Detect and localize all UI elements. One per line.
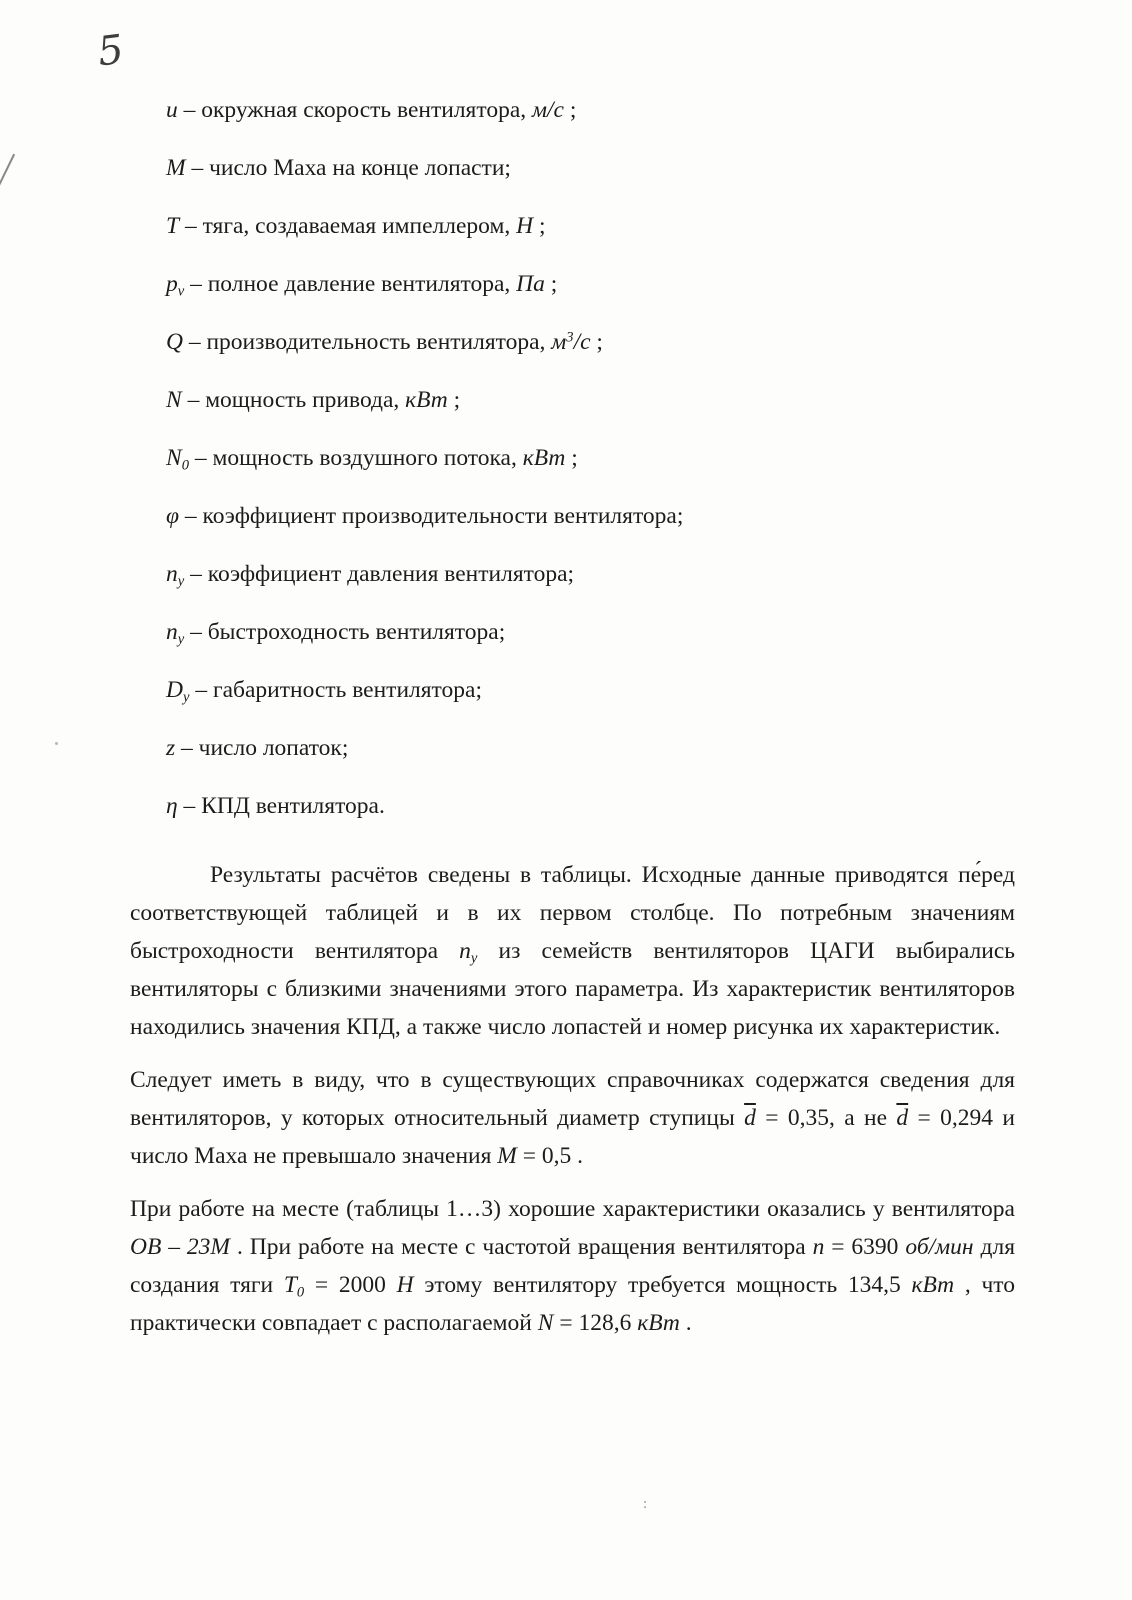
text-run: = 128,6: [553, 1310, 637, 1336]
math-symbol: и: [166, 97, 178, 123]
text-run: = 2000: [304, 1272, 396, 1298]
math-symbol: кВт: [405, 387, 448, 413]
text-run: – окружная скорость вентилятора,: [178, 97, 532, 123]
math-symbol: Н: [516, 213, 533, 239]
definition-item-6: N0 – мощность воздушного потока, кВт ;: [166, 444, 1035, 472]
subscript: 0: [182, 457, 189, 473]
scan-artifact-slash: [0, 154, 15, 193]
handwritten-page-number: 5: [95, 27, 126, 76]
text-run: – КПД вентилятора.: [178, 793, 385, 819]
math-symbol: d: [744, 1105, 756, 1131]
text-run: ;: [545, 271, 557, 297]
scan-artifact-colon: :: [643, 1496, 647, 1513]
math-symbol: nу: [166, 619, 184, 645]
definition-item-5: N – мощность привода, кВт ;: [166, 386, 1035, 414]
text-run: – коэффициент производительности вентиля…: [179, 503, 683, 529]
math-symbol: pv: [166, 271, 184, 297]
definition-item-10: Dу – габаритность вентилятора;: [166, 676, 1035, 704]
text-run: = 6390: [824, 1234, 905, 1260]
text-run: этому вентилятору требуется мощность 134…: [414, 1272, 912, 1298]
text-run: При работе на месте (таблицы 1…3) хороши…: [130, 1196, 1015, 1222]
math-symbol: Т: [166, 213, 179, 239]
text-run: ;: [533, 213, 545, 239]
math-symbol: N0: [166, 445, 189, 471]
definition-item-11: z – число лопаток;: [166, 734, 1035, 762]
paragraph-1: Результаты расчётов сведены в таблицы. И…: [130, 856, 1015, 1046]
text-run: .: [680, 1310, 692, 1336]
text-run: – коэффициент давления вентилятора;: [184, 561, 574, 587]
math-symbol: N: [166, 387, 182, 413]
page-content: и – окружная скорость вентилятора, м/с ;…: [130, 96, 1035, 1357]
math-symbol: Dу: [166, 677, 189, 703]
math-symbol: n: [813, 1234, 825, 1260]
math-symbol: d: [896, 1105, 908, 1131]
definition-item-3: pv – полное давление вентилятора, Па ;: [166, 270, 1035, 298]
text-run: ;: [565, 445, 577, 471]
math-symbol: /с: [574, 329, 591, 355]
scan-artifact-dot: [55, 742, 58, 745]
text-run: – мощность воздушного потока,: [189, 445, 523, 471]
text-run: ;: [564, 97, 576, 123]
text-run: – габаритность вентилятора;: [189, 677, 482, 703]
definition-item-8: nу – коэффициент давления вентилятора;: [166, 560, 1035, 588]
math-symbol: φ: [166, 503, 179, 529]
text-run: – число лопаток;: [175, 735, 348, 761]
body-paragraphs: Результаты расчётов сведены в таблицы. И…: [130, 856, 1015, 1342]
text-run: – тяга, создаваемая импеллером,: [179, 213, 516, 239]
math-symbol: Н: [397, 1272, 414, 1298]
definition-item-1: М – число Маха на конце лопасти;: [166, 154, 1035, 182]
text-run: – производительность вентилятора,: [183, 329, 551, 355]
math-symbol: Т0: [284, 1272, 304, 1298]
math-symbol: м/с: [532, 97, 564, 123]
definition-item-12: η – КПД вентилятора.: [166, 792, 1035, 820]
text-run: – мощность привода,: [182, 387, 405, 413]
definition-item-2: Т – тяга, создаваемая импеллером, Н ;: [166, 212, 1035, 240]
text-run: – полное давление вентилятора,: [184, 271, 516, 297]
definition-item-0: и – окружная скорость вентилятора, м/с ;: [166, 96, 1035, 124]
math-symbol: М: [166, 155, 186, 181]
math-symbol: М: [497, 1143, 517, 1169]
math-symbol: η: [166, 793, 178, 819]
definition-item-4: Q – производительность вентилятора, м3/с…: [166, 328, 1035, 356]
paragraph-3: При работе на месте (таблицы 1…3) хороши…: [130, 1190, 1015, 1342]
math-symbol: кВт: [912, 1272, 955, 1298]
text-run: = 0,35, а не: [756, 1105, 897, 1131]
definition-item-7: φ – коэффициент производительности венти…: [166, 502, 1035, 530]
superscript: 3: [566, 330, 573, 346]
document-page: 5 : и – окружная скорость вентилятора, м…: [0, 0, 1132, 1600]
text-run: – число Маха на конце лопасти;: [186, 155, 511, 181]
math-symbol: ОВ – 23М: [130, 1234, 230, 1260]
text-run: ;: [591, 329, 603, 355]
text-run: ;: [448, 387, 460, 413]
math-symbol: кВт: [523, 445, 566, 471]
math-symbol: кВт: [637, 1310, 680, 1336]
text-run: = 0,5 .: [517, 1143, 583, 1169]
math-symbol: Па: [516, 271, 545, 297]
symbol-definitions-list: и – окружная скорость вентилятора, м/с ;…: [130, 96, 1035, 820]
paragraph-2: Следует иметь в виду, что в существующих…: [130, 1061, 1015, 1175]
math-symbol: N: [538, 1310, 554, 1336]
math-symbol: z: [166, 735, 175, 761]
math-symbol: nу: [166, 561, 184, 587]
text-run: – быстроходность вентилятора;: [184, 619, 505, 645]
text-run: . При работе на месте с частотой вращени…: [230, 1234, 813, 1260]
math-symbol: об/мин: [905, 1234, 973, 1260]
math-symbol: nу: [459, 938, 477, 964]
definition-item-9: nу – быстроходность вентилятора;: [166, 618, 1035, 646]
math-symbol: м3: [551, 329, 573, 355]
math-symbol: Q: [166, 329, 183, 355]
